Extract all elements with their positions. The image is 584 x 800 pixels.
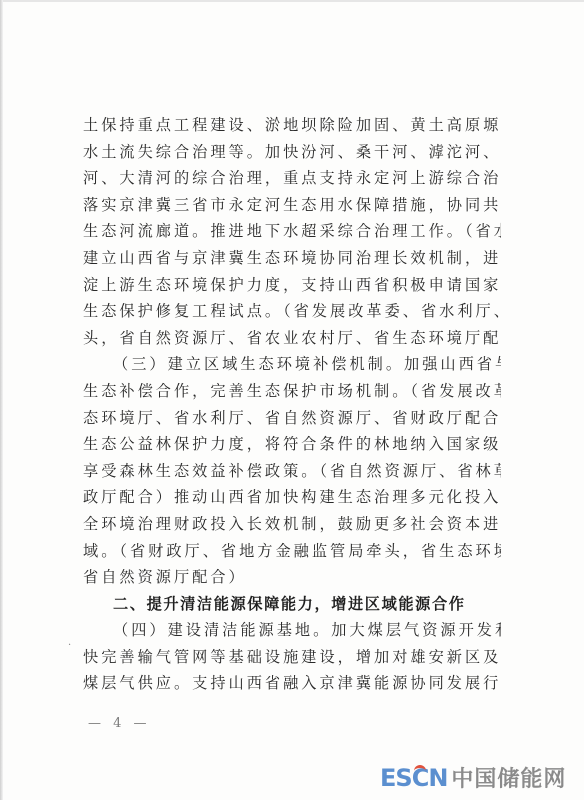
logo-part-c: C: [412, 764, 429, 792]
text-line: 生态保护修复工程试点。（省发展改革委、省水利厅、省财政厅牵: [83, 298, 501, 325]
scan-edge-left: [0, 0, 3, 800]
escn-chinese-name: 中国储能网: [451, 762, 566, 793]
text-line: 域。（省财政厅、省地方金融监管局牵头，省生态环境厅、省水利厅、: [83, 538, 501, 565]
scan-artifact: ·: [68, 640, 71, 651]
text-line: 快完善输气管网等基础设施建设，增加对雄安新区及京津冀地区: [83, 644, 501, 671]
escn-logo-text: ESCN: [380, 764, 447, 792]
text-line: 全环境治理财政投入长效机制，鼓励更多社会资本进入生态环保领: [83, 511, 501, 538]
section-3-first-line: （三）建立区域生态环境补偿机制。加强山西省与京津冀地区: [83, 351, 501, 378]
text-line: 建立山西省与京津冀生态环境协同治理长效机制，进一步加大白洋: [83, 245, 501, 272]
section-4-first-line: （四）建设清洁能源基地。加大煤层气资源开发利用力度，加: [83, 617, 501, 644]
text-line: 享受森林生态效益补偿政策。（省自然资源厅、省林草局牵头，省财: [83, 458, 501, 485]
text-line: 淀上游生态环境保护力度，支持山西省积极申请国家山水林田湖草: [83, 272, 501, 299]
scan-edge-top: [0, 0, 584, 2]
text-line: 生态补偿合作，完善生态保护市场机制。（省发展改革委牵头，省生: [83, 378, 501, 405]
document-body: 土保持重点工程建设、淤地坝除险加固、黄土高原塬面保护、坡耕地 水土流失综合治理等…: [83, 112, 501, 697]
text-line: 省自然资源厅配合）: [83, 564, 501, 591]
text-line: 落实京津冀三省市永定河生态用水保障措施，协同共建永定河绿色: [83, 192, 501, 219]
escn-watermark: ESCN 中国储能网: [380, 762, 566, 793]
text-line: 土保持重点工程建设、淤地坝除险加固、黄土高原塬面保护、坡耕地: [83, 112, 501, 139]
text-line: 态环境厅、省水利厅、省自然资源厅、省财政厅配合）加大对晋西北: [83, 405, 501, 432]
logo-part-es: ES: [380, 764, 412, 792]
text-line: 生态公益林保护力度，将符合条件的林地纳入国家级公益林范围，: [83, 431, 501, 458]
text-line: 水土流失综合治理等。加快汾河、桑干河、滹沱河、漳河、沁河、涑水: [83, 139, 501, 166]
text-line: 政厅配合）推动山西省加快构建生态治理多元化投入制度，建立健: [83, 484, 501, 511]
text-line: 河、大清河的综合治理，重点支持永定河上游综合治理与生态修复。: [83, 165, 501, 192]
page-number: — 4 —: [88, 716, 151, 731]
text-line: 煤层气供应。支持山西省融入京津冀能源协同发展行动，因地制: [83, 670, 501, 697]
section-heading: 二、提升清洁能源保障能力，增进区域能源合作: [83, 591, 501, 618]
text-line: 生态河流廊道。推进地下水超采综合治理工作。（省水利厅负责）: [83, 218, 501, 245]
logo-part-n: N: [428, 764, 447, 792]
text-line: 头，省自然资源厅、省农业农村厅、省生态环境厅配合）: [83, 325, 501, 352]
